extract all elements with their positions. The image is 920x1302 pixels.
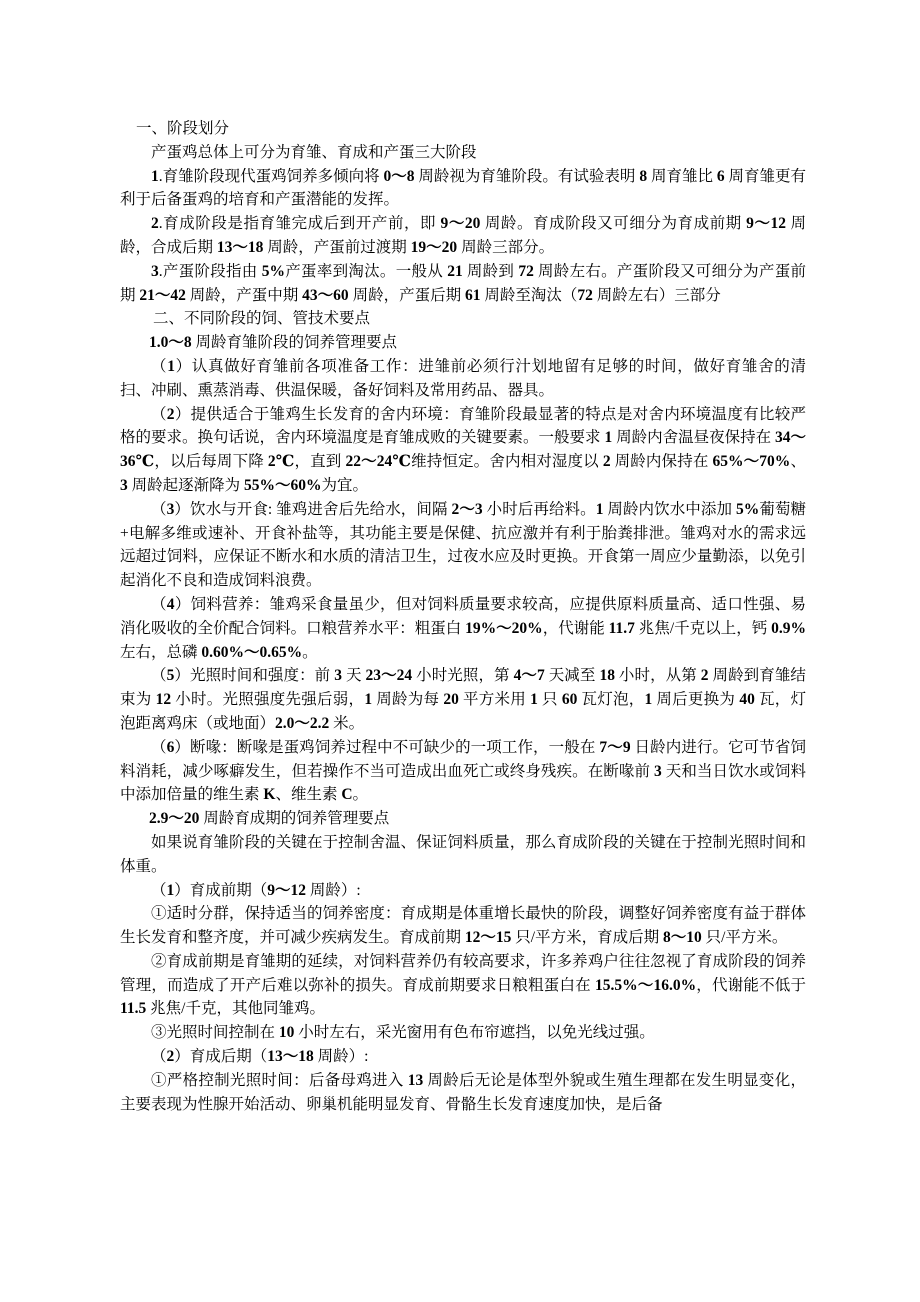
para-preparation: （1）认真做好育雏前各项准备工作：进雏前必须行汁划地留有足够的时间，做好育雏舍的… [120,355,806,403]
subheading-growing-late: （2）育成后期（13～18 周龄）: [120,1045,806,1069]
para-house-environment: （2）提供适合于雏鸡生长发育的舍内环境：育雏阶段最显著的特点是对舍内环境温度有比… [120,403,806,498]
heading-section-2: 二、不同阶段的饲、管技术要点 [120,307,806,331]
document-page: 一、阶段划分产蛋鸡总体上可分为育雏、育成和产蛋三大阶段1.育雏阶段现代蛋鸡饲养多… [0,0,920,1302]
para-growing-early-feed: ②育成前期是育雏期的延续，对饲料营养仍有较高要求，许多养鸡户往往忽视了育成阶段的… [120,950,806,1021]
para-light-control: ①严格控制光照时间：后备母鸡进入 13 周龄后无论是体型外貌或生殖生理都在发生明… [120,1069,806,1117]
para-brooding-stage: 1.育雏阶段现代蛋鸡饲养多倾向将 0～8 周龄视为育雏阶段。有试验表明 8 周育… [120,165,806,213]
para-lighting: （5）光照时间和强度：前 3 天 23～24 小时光照，第 4～7 天减至 18… [120,664,806,735]
heading-section-1: 一、阶段划分 [120,117,806,141]
subheading-growing-early: （1）育成前期（9～12 周龄）: [120,879,806,903]
para-beak-trimming: （6）断喙：断喙是蛋鸡饲养过程中不可缺少的一项工作，一般在 7～9 日龄内进行。… [120,736,806,807]
para-overview: 产蛋鸡总体上可分为育雏、育成和产蛋三大阶段 [120,141,806,165]
para-feed-nutrition: （4）饲料营养：雏鸡采食量虽少，但对饲料质量要求较高，应提供原料质量高、适口性强… [120,593,806,664]
subheading-brooding-management: 1.0～8 周龄育雏阶段的饲养管理要点 [120,331,806,355]
para-growing-stage: 2.育成阶段是指育雏完成后到开产前，即 9～20 周龄。育成阶段又可细分为育成前… [120,212,806,260]
para-flock-density: ①适时分群，保持适当的饲养密度：育成期是体重增长最快的阶段，调整好饲养密度有益于… [120,902,806,950]
para-growing-key: 如果说育雏阶段的关键在于控制舍温、保证饲料质量，那么育成阶段的关键在于控制光照时… [120,831,806,879]
document-content: 一、阶段划分产蛋鸡总体上可分为育雏、育成和产蛋三大阶段1.育雏阶段现代蛋鸡饲养多… [120,117,806,1116]
para-laying-stage: 3.产蛋阶段指由 5%产蛋率到淘汰。一般从 21 周龄到 72 周龄左右。产蛋阶… [120,260,806,308]
para-light-10h: ③光照时间控制在 10 小时左右，采光窗用有色布帘遮挡，以免光线过强。 [120,1021,806,1045]
para-water-feeding: （3）饮水与开食: 雏鸡进舍后先给水，间隔 2～3 小时后再给料。1 周龄内饮水… [120,498,806,593]
subheading-growing-management: 2.9～20 周龄育成期的饲养管理要点 [120,807,806,831]
